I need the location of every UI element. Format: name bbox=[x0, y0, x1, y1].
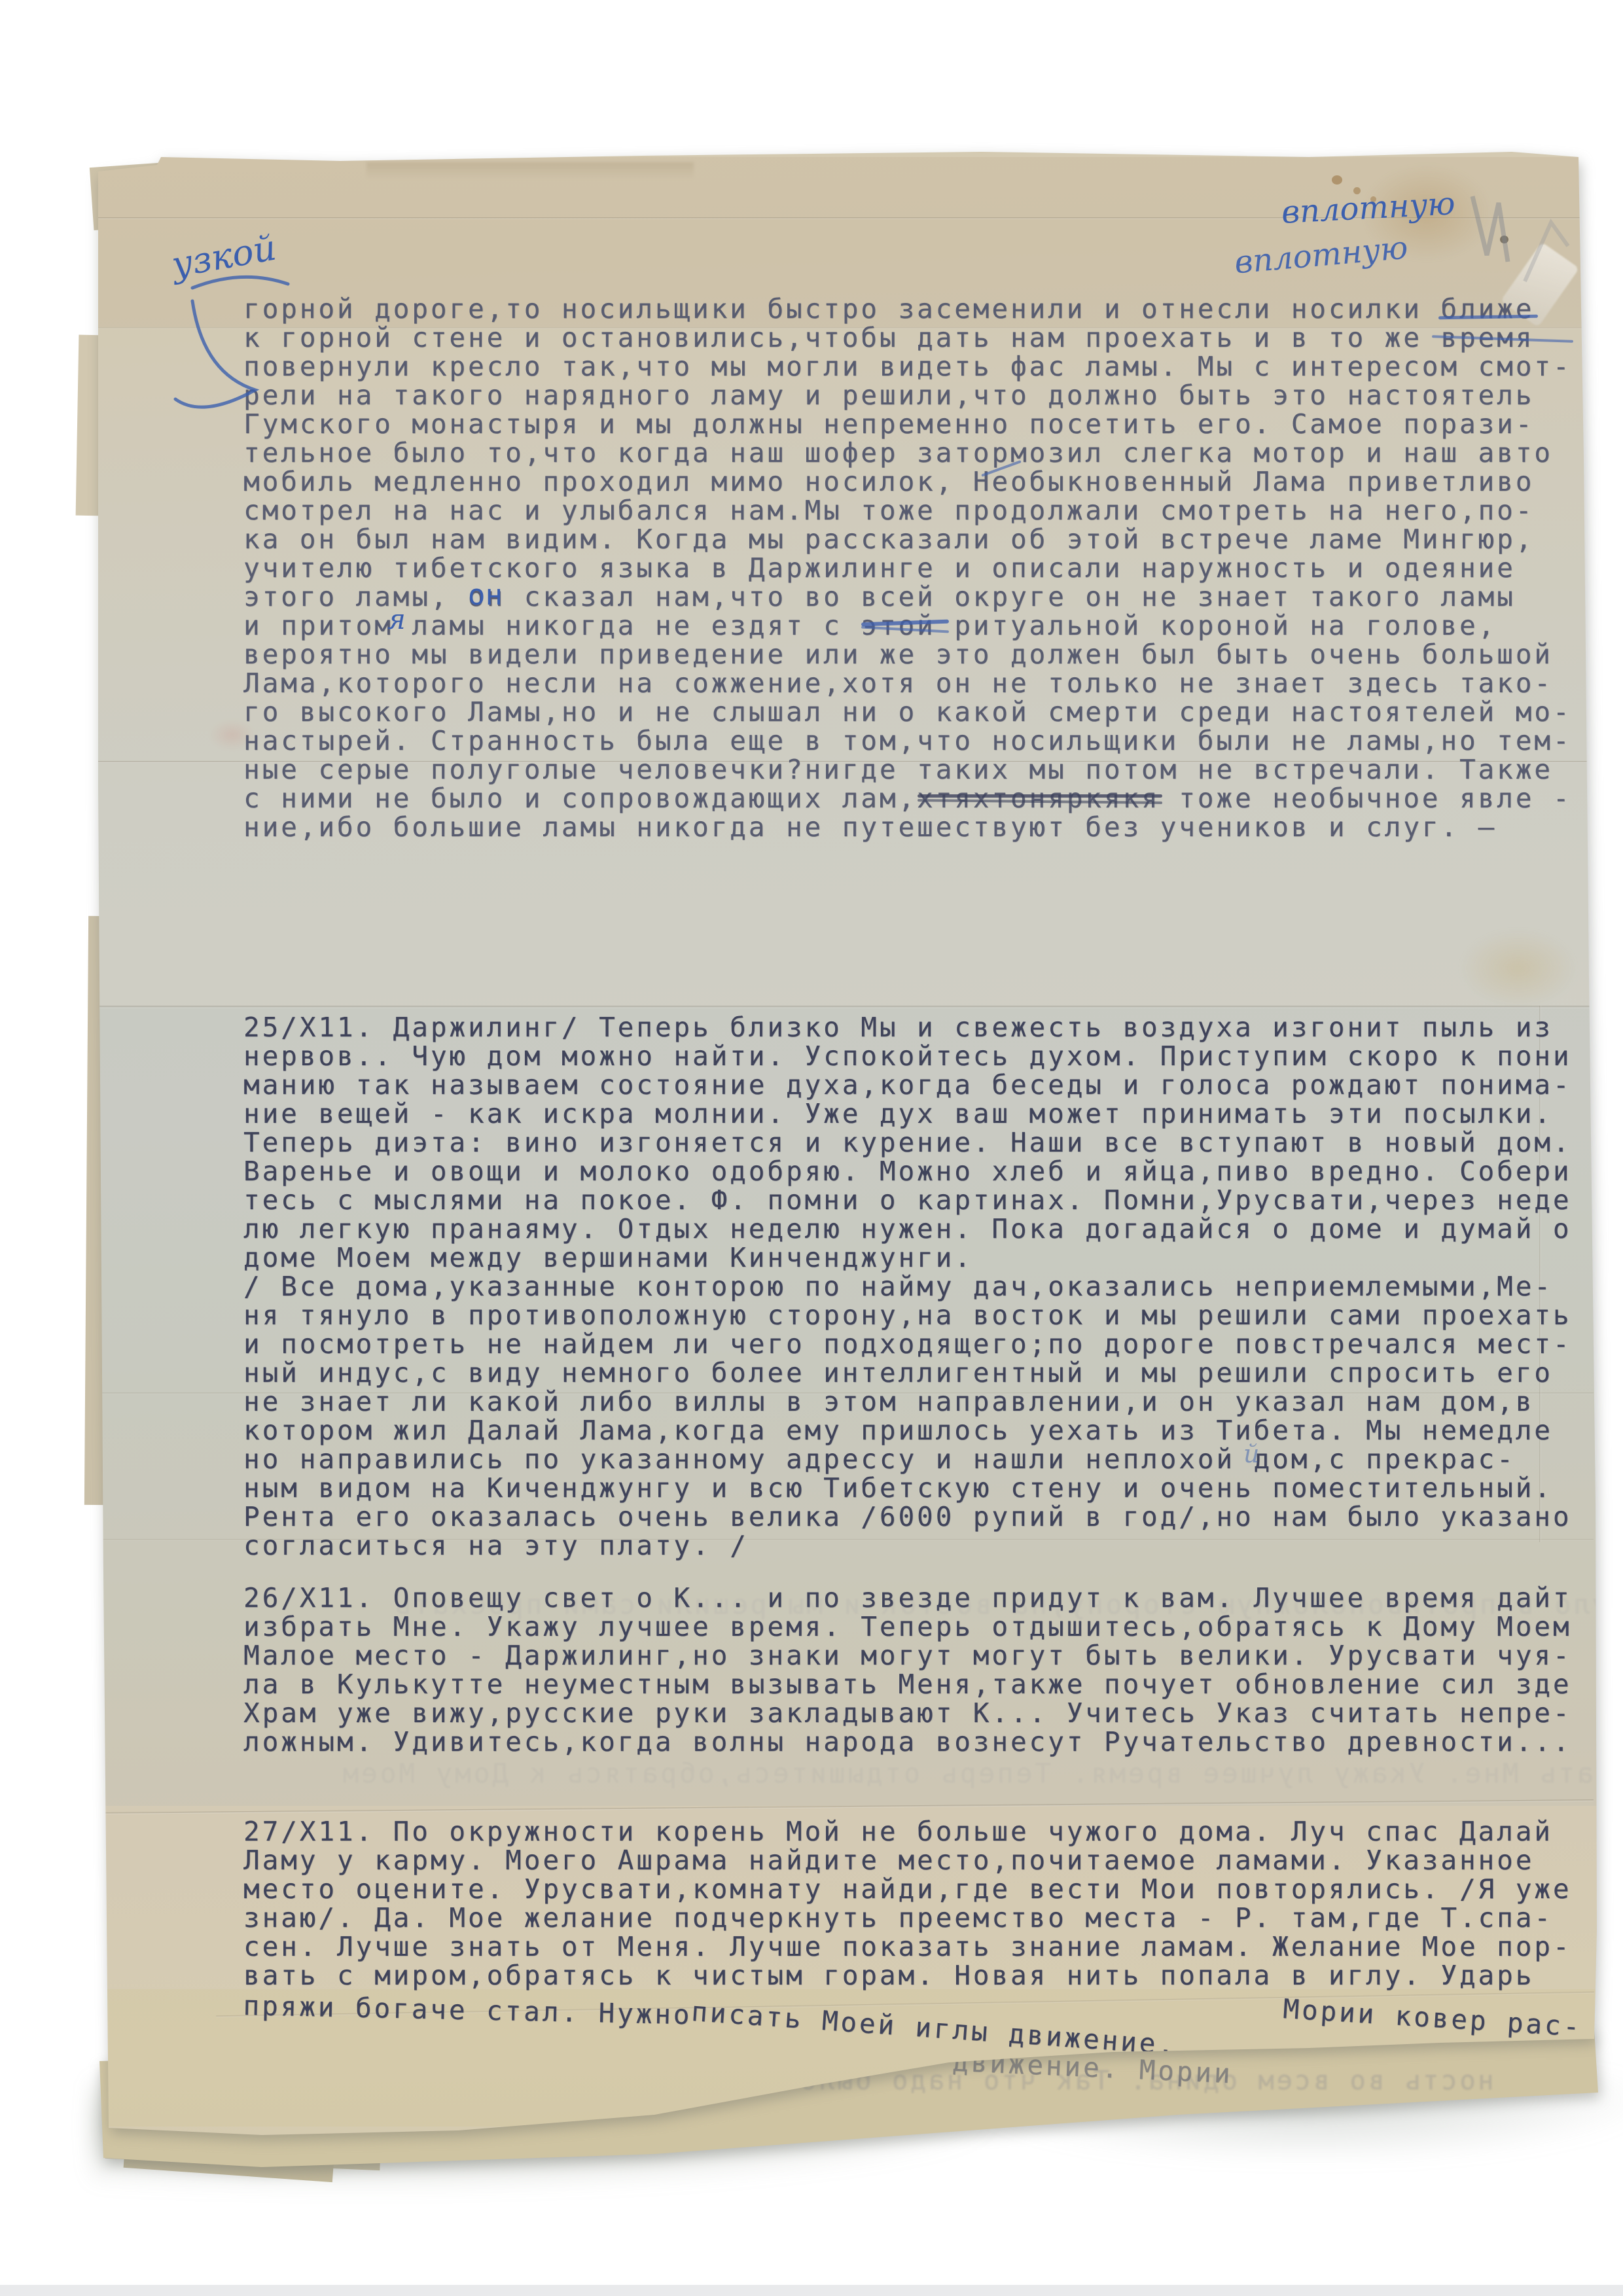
typewritten-page: горной дороге,то носильщики быстро засем… bbox=[0, 0, 1623, 2296]
typed-line: манию так называем состояние духа,когда … bbox=[243, 1070, 1571, 1099]
typed-line: рели на такого нарядного ламу и решили,ч… bbox=[243, 381, 1571, 410]
typed-line: к горной стене и остановились,чтобы дать… bbox=[243, 323, 1571, 352]
typed-line: Храм уже вижу,русские руки закладывают К… bbox=[243, 1699, 1571, 1727]
typed-line: настырей. Странность была еще в том,что … bbox=[243, 726, 1571, 755]
typed-line: тесь с мыслями на покое. Ф. помни о карт… bbox=[243, 1186, 1571, 1214]
typed-line: смотрел на нас и улыбался нам.Мы тоже пр… bbox=[243, 496, 1571, 525]
typed-line: сен. Лучше знать от Меня. Лучше показать… bbox=[243, 1932, 1571, 1961]
typed-line: ла в Кулькутте неуместным вызывать Меня,… bbox=[243, 1670, 1571, 1699]
entry-25-dec: 25/X11. Даржилинг/ Теперь близко Мы и св… bbox=[243, 1013, 1571, 1560]
typed-line: Гумского монастыря и мы должны непременн… bbox=[243, 410, 1571, 438]
handwritten-correction-2: вплотную bbox=[1233, 230, 1409, 281]
typed-line: лю легкую пранаяму. Отдых неделю нужен. … bbox=[243, 1214, 1571, 1243]
typed-line: / Все дома,указанные конторою по найму д… bbox=[243, 1272, 1571, 1301]
typed-line: Теперь диэта: вино изгоняется и курение.… bbox=[243, 1128, 1571, 1157]
handwritten-correction-1: вплотную bbox=[1281, 185, 1456, 231]
typed-line: и посмотреть не найдем ли чего подходяще… bbox=[243, 1330, 1571, 1358]
typed-line: но направились по указанному адрессу и н… bbox=[243, 1445, 1571, 1474]
entry-27-tail-fragment: писать Моей иглы движение. bbox=[690, 1997, 1177, 2060]
typed-line: учителю тибетского языка в Даржилинге и … bbox=[243, 554, 1571, 582]
typed-line: ка он был нам видим. Когда мы рассказали… bbox=[243, 525, 1571, 554]
entry-27-dec: 27/X11. По окружности корень Мой не боль… bbox=[243, 1817, 1571, 1990]
typed-line: ложным. Удивитесь,когда волны народа воз… bbox=[243, 1727, 1571, 1756]
bleedthrough-line: ня тянуло в противоположную сторону,на в… bbox=[393, 1590, 1623, 1619]
typed-line: котором жил Далай Лама,когда ему пришлос… bbox=[243, 1416, 1571, 1445]
fold-line bbox=[98, 1799, 1594, 1814]
typed-line: 27/X11. По окружности корень Мой не боль… bbox=[243, 1817, 1571, 1846]
typed-line: ня тянуло в противоположную сторону,на в… bbox=[243, 1301, 1571, 1330]
typed-line: 25/X11. Даржилинг/ Теперь близко Мы и св… bbox=[243, 1013, 1571, 1042]
stain bbox=[1332, 175, 1342, 185]
bleedthrough-line: избрать Мне. Укажу лучшее время. Теперь … bbox=[340, 1759, 1623, 1788]
typed-line: Лама,которого несли на сожжение,хотя он … bbox=[243, 669, 1571, 698]
typed-line: тельное было то,что когда наш шофер зато… bbox=[243, 438, 1571, 467]
typed-line: место оцените. Урусвати,комнату найди,гд… bbox=[243, 1875, 1571, 1903]
typed-line: вать с миром,обратясь к чистым горам. Но… bbox=[243, 1961, 1571, 1990]
entry-27-tail-left: пряжи богаче стал. Нужно bbox=[243, 1991, 692, 2029]
typed-line: ные серые полуголые человечки?нигде таки… bbox=[243, 755, 1571, 784]
typed-line: ние вещей - как искра молнии. Уже дух ва… bbox=[243, 1099, 1571, 1128]
scan-bottom-strip bbox=[0, 2285, 1623, 2296]
typed-line: знаю/. Да. Мое желание подчеркнуть преем… bbox=[243, 1903, 1571, 1932]
typed-line: ным видом на Киченджунгу и всю Тибетскую… bbox=[243, 1474, 1571, 1502]
typed-line: Варенье и овощи и молоко одобряю. Можно … bbox=[243, 1157, 1571, 1186]
fold-line bbox=[98, 1006, 1594, 1008]
typed-line: ние,ибо большие ламы никогда не путешест… bbox=[243, 813, 1571, 841]
typed-line: доме Моем между вершинами Кинченджунги. bbox=[243, 1243, 1571, 1272]
typed-line: Малое место - Даржилинг,но знаки могут м… bbox=[243, 1641, 1571, 1670]
typed-line: Рента его оказалась очень велика /6000 р… bbox=[243, 1502, 1571, 1531]
pencil-scratch-marks bbox=[1453, 183, 1584, 301]
handwritten-insert-letter: я bbox=[387, 603, 406, 635]
stain bbox=[1500, 236, 1508, 243]
typed-line: повернули кресло так,что мы могли видеть… bbox=[243, 352, 1571, 381]
typed-line: горной дороге,то носильщики быстро засем… bbox=[243, 294, 1571, 323]
typed-line: нервов.. Чую дом можно найти. Успокойтес… bbox=[243, 1042, 1571, 1070]
typed-line: с ними не было и сопровождающих лам,хтях… bbox=[243, 784, 1571, 813]
paragraph-intro: горной дороге,то носильщики быстро засем… bbox=[243, 294, 1571, 841]
main-sheet-wrap: горной дороге,то носильщики быстро засем… bbox=[0, 0, 1623, 2296]
entry-27-tail-right: Мории ковер рас- bbox=[1282, 1994, 1582, 2041]
typed-line: вероятно мы видели приведение или же это… bbox=[243, 640, 1571, 669]
scanned-document: писать иглы Моей движение. ность во всем… bbox=[0, 0, 1623, 2296]
stain bbox=[1459, 929, 1577, 1008]
typed-line: согласиться на эту плату. / bbox=[243, 1531, 1571, 1560]
typed-line: Ламу у карму. Моего Ашрама найдите место… bbox=[243, 1846, 1571, 1875]
typed-line: мобиль медленно проходил мимо носилок, Н… bbox=[243, 467, 1571, 496]
handwritten-overwrite: он bbox=[468, 578, 503, 612]
typed-line: ный индус,с виду немного более интеллиге… bbox=[243, 1358, 1571, 1387]
typed-line: го высокого Ламы,но и не слышал ни о как… bbox=[243, 698, 1571, 726]
typed-line: этого ламы, он сказал нам,что во всей ок… bbox=[243, 582, 1571, 611]
stain bbox=[366, 162, 694, 179]
handwritten-insert-letter-faint: й bbox=[1243, 1439, 1259, 1468]
typed-line: и притом ламы никогда не ездят с этой ри… bbox=[243, 611, 1571, 640]
typed-line: не знает ли какой либо виллы в этом напр… bbox=[243, 1387, 1571, 1416]
handwritten-margin-word: узкой bbox=[169, 227, 279, 286]
